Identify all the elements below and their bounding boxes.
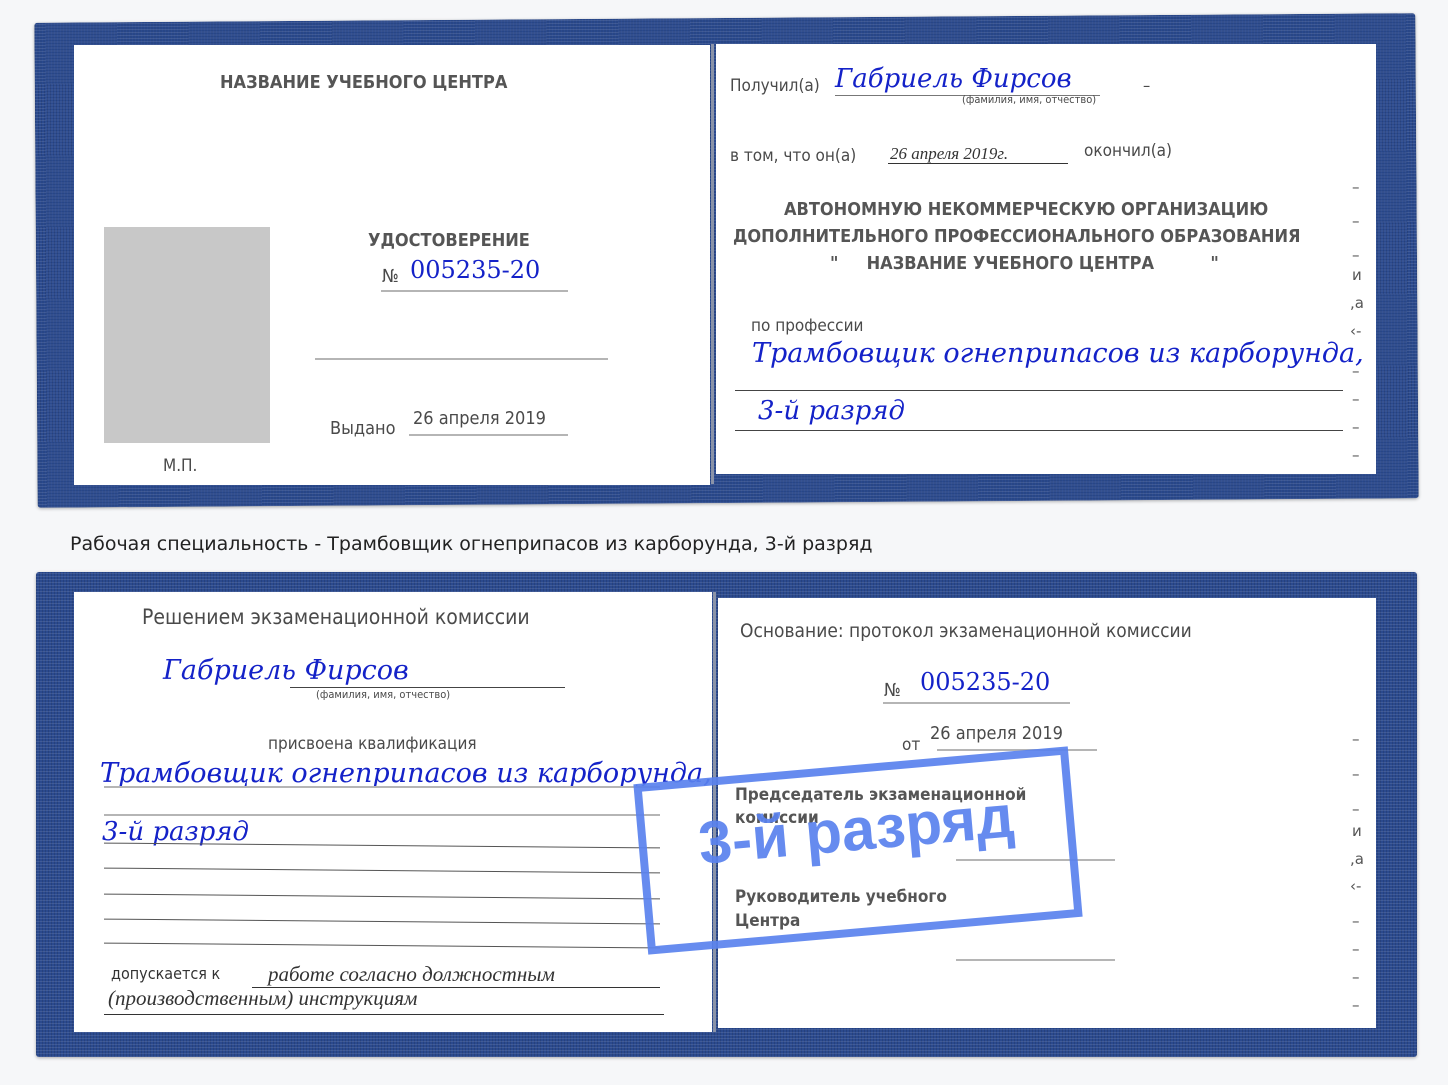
photo-placeholder — [104, 227, 270, 443]
profession-underline-1 — [735, 390, 1343, 391]
org-line-3: " НАЗВАНИЕ УЧЕБНОГО ЦЕНТРА " — [830, 253, 1219, 274]
number-underline — [381, 290, 568, 292]
qualification-line-1: Трамбовщик огнеприпасов из карборунда, — [100, 758, 712, 789]
issued-label: Выдано — [330, 418, 396, 439]
dash-mark: – — [1143, 76, 1150, 95]
number-label: № — [382, 266, 399, 287]
profession-label: по профессии — [751, 316, 863, 336]
issued-date: 26 апреля 2019 — [413, 408, 546, 429]
blank-line — [315, 358, 608, 360]
specialty-caption: Рабочая специальность - Трамбовщик огнеп… — [70, 533, 873, 555]
decision-name: Габриель Фирсов — [163, 655, 409, 686]
top-spine — [711, 44, 714, 484]
from-label: от — [902, 735, 920, 755]
that-date: 26 апреля 2019г. — [890, 144, 1008, 164]
fio-hint: (фамилия, имя, отчество) — [962, 93, 1096, 106]
admitted-line-1: работе согласно должностным — [268, 962, 555, 987]
qualification-underline-1 — [104, 786, 660, 788]
org-name: НАЗВАНИЕ УЧЕБНОГО ЦЕНТРА — [220, 72, 507, 93]
org-line-2: ДОПОЛНИТЕЛЬНОГО ПРОФЕССИОНАЛЬНОГО ОБРАЗО… — [733, 226, 1301, 247]
decision-fio-hint: (фамилия, имя, отчество) — [316, 688, 450, 701]
profession-underline-2 — [735, 430, 1343, 431]
received-label: Получил(а) — [730, 76, 820, 96]
basis-title: Основание: протокол экзаменационной коми… — [740, 620, 1192, 642]
received-name: Габриель Фирсов — [835, 64, 1072, 94]
profession-line-2: 3-й разряд — [758, 396, 905, 426]
finished-label: окончил(а) — [1084, 141, 1172, 161]
profession-line-1: Трамбовщик огнеприпасов из карборунда, — [752, 338, 1364, 369]
doc-title: УДОСТОВЕРЕНИЕ — [368, 230, 530, 251]
rank-stamp-text: 3-й разряд — [644, 777, 1068, 882]
qualification-underline-2 — [104, 814, 660, 816]
decision-title: Решением экзаменационной комиссии — [142, 605, 530, 629]
head-signature-line — [956, 959, 1115, 961]
issued-underline — [409, 434, 568, 436]
admitted-line-2: (производственным) инструкциям — [108, 986, 417, 1011]
from-date: 26 апреля 2019 — [930, 723, 1063, 744]
stamp-place-label: М.П. — [163, 456, 197, 476]
admitted-underline-2 — [104, 1014, 664, 1015]
protocol-number: 005235-20 — [920, 668, 1050, 696]
qualification-label: присвоена квалификация — [268, 734, 477, 754]
admitted-label: допускается к — [111, 964, 220, 983]
protocol-number-label: № — [884, 680, 901, 701]
certificate-number: 005235-20 — [410, 256, 540, 284]
that-date-underline — [888, 163, 1068, 164]
org-line-1: АВТОНОМНУЮ НЕКОММЕРЧЕСКУЮ ОРГАНИЗАЦИЮ — [784, 199, 1268, 220]
protocol-number-underline — [883, 702, 1070, 704]
that-label: в том, что он(а) — [730, 146, 856, 166]
